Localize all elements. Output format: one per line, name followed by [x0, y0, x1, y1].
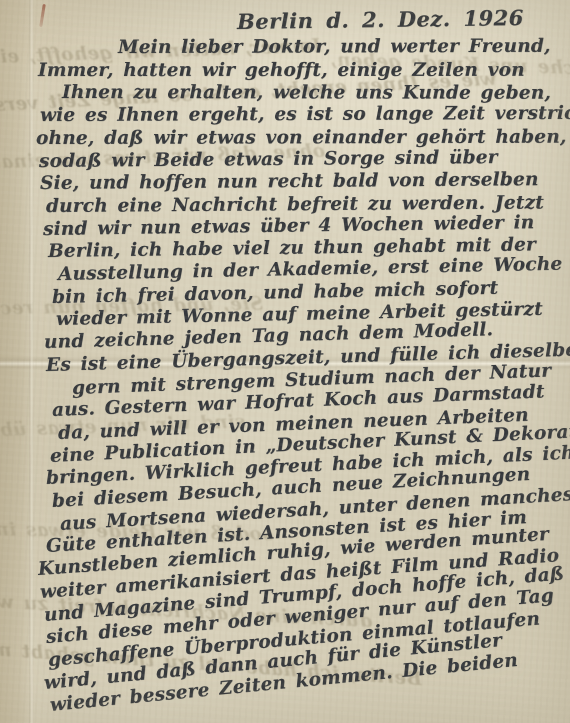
- letter-line: Mein lieber Doktor, und werter Freund,: [118, 36, 551, 58]
- letter-page: Immer, hatten wir gehofft, einige Zeilen…: [0, 0, 570, 723]
- letter-line: ohne, daß wir etwas von einander gehört …: [36, 126, 567, 148]
- letter-line: Ihnen zu erhalten, welche uns Kunde gebe…: [62, 82, 551, 104]
- letter-line: Immer, hatten wir gehofft, einige Zeilen…: [38, 59, 525, 80]
- red-scratch-mark: [39, 4, 46, 27]
- letter-date: Berlin d. 2. Dez. 1926: [237, 5, 524, 34]
- letter-line: wie es Ihnen ergeht, es ist so lange Zei…: [40, 103, 570, 126]
- letter-line: Sie, und hoffen nun recht bald von derse…: [40, 169, 539, 194]
- left-fold-crease: [29, 0, 34, 723]
- letter-line: sodaß wir Beide etwas in Sorge sind über: [39, 147, 498, 172]
